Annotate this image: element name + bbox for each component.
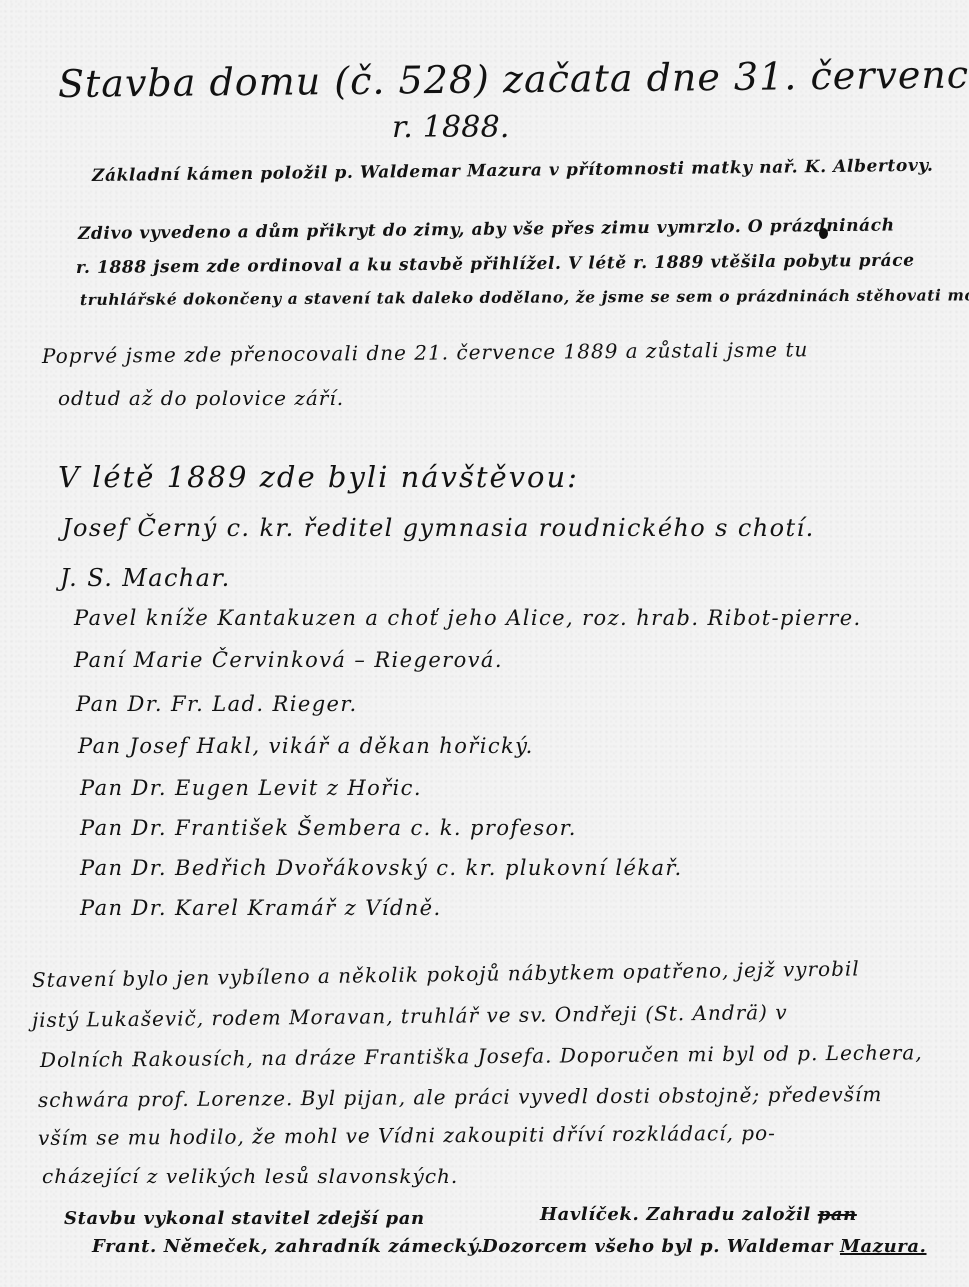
manuscript-page: Stavba domu (č. 528) začata dne 31. červ…: [0, 0, 969, 1287]
page-title-year: r. 1888.: [392, 110, 510, 145]
visitor-item: Pavel kníže Kantakuzen a choť jeho Alice…: [74, 606, 862, 630]
page-title: Stavba domu (č. 528) začata dne 31. červ…: [58, 52, 969, 106]
builder-line-1-left: Stavbu vykonal stavitel zdejší pan: [64, 1208, 425, 1229]
furniture-line-4: schwára prof. Lorenze. Byl pijan, ale pr…: [38, 1082, 882, 1112]
construction-line-3: truhlářské dokončeny a stavení tak dalek…: [80, 285, 969, 309]
construction-line-2: r. 1888 jsem zde ordinoval a ku stavbě p…: [76, 251, 915, 278]
visitors-heading: V létě 1889 zde byli návštěvou:: [58, 460, 579, 494]
visitor-item: Pan Dr. František Šembera c. k. profesor…: [80, 816, 577, 840]
furniture-line-2: jistý Lukaševič, rodem Moravan, truhlář …: [32, 1000, 788, 1032]
builder-line-2-left: Frant. Němeček, zahradník zámecký.: [92, 1236, 484, 1257]
foundation-paragraph: Základní kámen položil p. Waldemar Mazur…: [92, 156, 934, 186]
furniture-line-5: vším se mu hodilo, že mohl ve Vídni zako…: [38, 1121, 776, 1150]
visitor-item: Paní Marie Červinková – Riegerová.: [74, 648, 503, 672]
builder-line-2-right-text: Dozorcem všeho byl p. Waldemar: [482, 1236, 833, 1257]
builder-line-1-right: Havlíček. Zahradu založil pan: [540, 1204, 857, 1225]
underlined-name: Mazura.: [840, 1236, 927, 1257]
builder-line-1-right-text: Havlíček. Zahradu založil: [540, 1204, 811, 1225]
construction-line-1: Zdivo vyvedeno a dům přikryt do zimy, ab…: [78, 215, 895, 244]
visitor-item: Pan Dr. Fr. Lad. Rieger.: [76, 692, 358, 716]
visitor-item: Pan Dr. Karel Kramář z Vídně.: [80, 896, 442, 920]
first-night-line-2: odtud až do polovice září.: [58, 386, 344, 410]
visitor-item: J. S. Machar.: [60, 564, 231, 592]
furniture-line-1: Stavení bylo jen vybíleno a několik poko…: [32, 956, 860, 992]
furniture-line-6: cházející z velikých lesů slavonských.: [42, 1164, 458, 1188]
first-night-line-1: Poprvé jsme zde přenocovali dne 21. červ…: [42, 337, 809, 368]
visitor-item: Pan Dr. Bedřich Dvořákovský c. kr. pluko…: [80, 856, 683, 880]
visitor-item: Pan Dr. Eugen Levit z Hořic.: [80, 776, 422, 800]
builder-line-2-right: Dozorcem všeho byl p. Waldemar Mazura.: [482, 1236, 927, 1257]
ink-blot: [819, 228, 828, 239]
visitor-item: Josef Černý c. kr. ředitel gymnasia roud…: [62, 514, 815, 542]
struck-word: pan: [818, 1204, 857, 1225]
furniture-line-3: Dolních Rakousích, na dráze Františka Jo…: [40, 1040, 923, 1072]
visitor-item: Pan Josef Hakl, vikář a děkan hořický.: [78, 734, 534, 758]
